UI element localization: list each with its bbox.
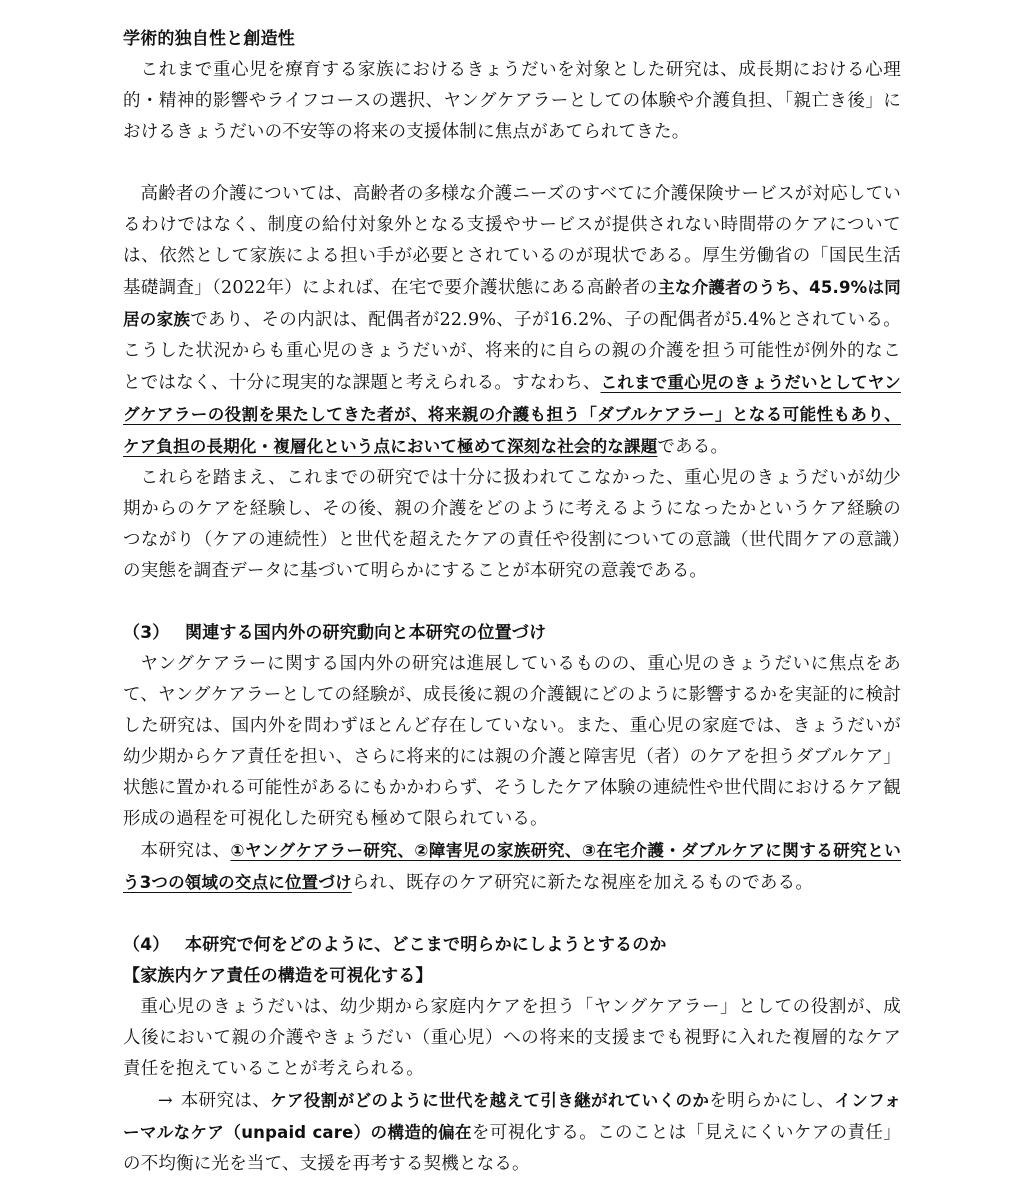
heading-originality: 学術的独自性と創造性 xyxy=(123,24,901,55)
section-number: （3） xyxy=(123,618,185,649)
spacer xyxy=(123,899,901,930)
paragraph: これらを踏まえ、これまでの研究では十分に扱われてこなかった、重心児のきょうだいが… xyxy=(123,463,901,587)
paragraph: 高齢者の介護については、高齢者の多様な介護ニーズのすべてに介護保険サービスが対応… xyxy=(123,179,901,463)
spacer xyxy=(123,587,901,618)
section-title: 本研究で何をどのように、どこまで明らかにしようとするのか xyxy=(185,935,667,955)
text: 本研究は、 xyxy=(181,1091,271,1111)
document-page: 学術的独自性と創造性 これまで重心児を療育する家族におけるきょうだいを対象とした… xyxy=(123,24,901,1180)
heading-section-4: （4）本研究で何をどのように、どこまで明らかにしようとするのか xyxy=(123,930,901,961)
paragraph: 本研究は、①ヤングケアラー研究、②障害児の家族研究、③在宅介護・ダブルケアに関す… xyxy=(123,835,901,899)
section-title: 関連する国内外の研究動向と本研究の位置づけ xyxy=(185,623,546,643)
paragraph: これまで重心児を療育する家族におけるきょうだいを対象とした研究は、成長期における… xyxy=(123,55,901,148)
subheading: 【家族内ケア責任の構造を可視化する】 xyxy=(123,961,901,992)
arrow-icon: → xyxy=(141,1086,181,1117)
heading-section-3: （3）関連する国内外の研究動向と本研究の位置づけ xyxy=(123,618,901,649)
text: を明らかにし、 xyxy=(709,1091,834,1111)
paragraph: ヤングケアラーに関する国内外の研究は進展しているものの、重心児のきょうだいに焦点… xyxy=(123,649,901,835)
text: られ、既存のケア研究に新たな視座を加えるものである。 xyxy=(352,873,813,893)
text: である。 xyxy=(657,437,728,457)
paragraph: 重心児のきょうだいは、幼少期から家庭内ケアを担う「ヤングケアラー」としての役割が… xyxy=(123,992,901,1085)
spacer xyxy=(123,148,901,179)
bold-text: ケア役割がどのように世代を越えて引き継がれていくのか xyxy=(270,1091,709,1110)
text: 本研究は、 xyxy=(141,841,231,861)
paragraph: →本研究は、ケア役割がどのように世代を越えて引き継がれていくのかを明らかにし、イ… xyxy=(123,1085,901,1180)
section-number: （4） xyxy=(123,930,185,961)
